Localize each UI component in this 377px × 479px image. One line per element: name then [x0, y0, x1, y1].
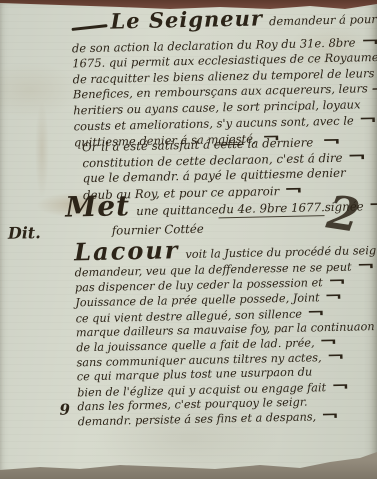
- line-end-hook-icon: ¬: [326, 350, 345, 365]
- line-end-dash-icon: —: [372, 81, 377, 97]
- line-end-hook-icon: ¬: [307, 306, 326, 321]
- ink-paraph-flourish-icon: 2: [324, 185, 364, 243]
- line-end-hook-icon: ¬: [356, 259, 375, 274]
- opening-line-rest: demandeur á pour fondemt: [269, 11, 377, 30]
- line-end-hook-icon: ¬: [324, 290, 343, 305]
- handwritten-text-layer: Le Seigneur demandeur á pour fondemt ¬ d…: [0, 0, 377, 479]
- margin-note: Dit.: [8, 223, 41, 243]
- paragraph-royal-declaration: Le Seigneur demandeur á pour fondemt ¬ d…: [71, 6, 377, 151]
- line-end-hook-icon: ¬: [347, 149, 367, 165]
- line-end-hook-icon: ¬: [368, 196, 377, 214]
- line-end-hook-icon: ¬: [321, 409, 340, 424]
- opening-word: Lacour: [74, 243, 179, 259]
- struck-word: cette: [214, 137, 244, 152]
- line-end-hook-icon: ¬: [358, 112, 377, 128]
- underlined-date: du 4e. 9bre 1677.: [219, 200, 325, 218]
- ink-swash-icon: [71, 24, 107, 31]
- margin-abbreviation-mark: 9: [59, 401, 70, 419]
- manuscript-scan: Le Seigneur demandeur á pour fondemt ¬ d…: [0, 0, 377, 479]
- paragraph-lacour-ruling: Lacour voit la Justice du procédé du sei…: [74, 239, 377, 430]
- line-end-hook-icon: ¬: [322, 134, 342, 150]
- opening-word: Met: [65, 189, 130, 223]
- line-end-hook-icon: ¬: [360, 34, 377, 50]
- line-end-hook-icon: ¬: [331, 379, 350, 394]
- opening-word: Le Seigneur: [110, 10, 263, 29]
